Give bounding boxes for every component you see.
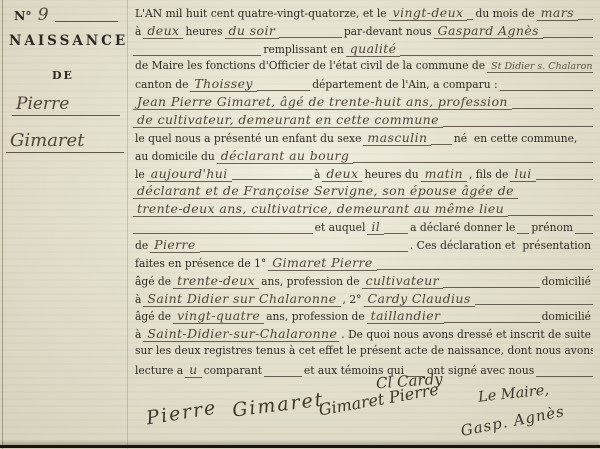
document-line: lecture aucomparantet aux témoins quiont… [133,362,593,380]
document-line: àdeuxheuresdu soirpar-devant nousGaspard… [133,23,593,41]
blank-rule [353,161,593,163]
signature: Gasp. Agnès [459,402,566,440]
signature: Gimaret [231,388,326,421]
printed-text: sur les deux registres tenus à cet effet… [133,344,593,357]
handwritten-text: Gimaret Pierre [268,255,376,271]
document-line: au domicile dudéclarant au bourg [133,148,593,166]
blank-rule [512,107,593,109]
signature: Le Maire, [477,382,549,405]
blank-rule [200,250,408,252]
printed-text: comparant [202,364,264,377]
printed-text: de Maire les fonctions d'Officier de l'é… [133,59,487,72]
blank-rule [575,232,593,234]
blank-rule [536,178,593,180]
record-number-label: N° [14,8,32,23]
printed-text: , fils de [467,168,510,181]
printed-text: domicilié [540,310,593,323]
document-line: faites en présence de 1°Gimaret Pierre [133,255,593,273]
blank-rule [232,178,312,180]
handwritten-text: trente-deux [173,273,259,289]
handwritten-text: taillandier [367,308,445,324]
document-line: leaujourd'huiàdeuxheures dumatin, fils d… [133,166,593,184]
printed-text: au domicile du [133,150,217,163]
printed-text: . Ces déclaration et présentation [408,239,593,252]
blank-rule [578,18,593,20]
document-line: âgé detrente-deuxans, profession deculti… [133,273,593,291]
handwritten-text: trente-deux ans, cultivatrice, demeurant… [133,201,508,217]
printed-text: département de l'Ain, a comparu : [310,78,499,91]
document-line: âgé devingt-quatreans, profession detail… [133,308,593,326]
printed-text: a déclaré donner le [408,221,517,234]
document-line: canton deThoisseydépartement de l'Ain, a… [133,76,593,94]
printed-text: et aux témoins qui [302,364,406,377]
printed-text: de [133,239,150,252]
handwritten-text: Saint Didier sur Chalaronne [143,291,340,307]
handwritten-text: cultivateur [362,273,443,289]
handwritten-text: matin [421,166,467,182]
child-last-name: Gimaret [6,130,124,153]
birth-record-page: N° 9 NAISSANCE DE Pierre Gimaret L'AN mi… [0,0,600,449]
handwritten-text: déclarant au bourg [217,148,354,164]
printed-text: remplissant en [261,43,345,56]
printed-text: à [133,25,143,38]
printed-text: ans, profession de [264,310,366,323]
blank-rule [536,375,593,377]
printed-text: canton de [133,78,190,91]
blank-rule [475,303,593,305]
blank-rule [377,268,593,270]
document-line: Jean Pierre Gimaret, âgé de trente-huit … [133,94,593,112]
document-line: et auquelila déclaré donner leprénom [133,219,593,237]
blank-rule [406,375,425,377]
printed-text: à [312,168,322,181]
document-line: de cultivateur, demeurant en cette commu… [133,112,593,130]
blank-rule [444,321,539,323]
child-first-name: Pierre [12,94,120,116]
blank-rule [543,36,593,38]
printed-text: à [133,293,143,306]
printed-text: L'AN mil huit cent quatre-vingt-quatorze… [133,7,389,20]
handwritten-text: du soir [225,23,280,39]
record-number-row: N° 9 [14,5,118,25]
document-line: àSaint Didier sur Chalaronne, 2°Cardy Cl… [133,291,593,309]
blank-rule [264,375,302,377]
handwritten-text: vingt-quatre [173,308,264,324]
signature: Gimaret Pierre [317,380,440,420]
blank-rule [279,36,342,38]
handwritten-text: Gaspard Agnès [434,23,543,39]
handwritten-text: aujourd'hui [147,166,232,182]
document-line: déclarant et de Françoise Servigne, son … [133,183,593,201]
printed-text: ont signé avec nous [425,364,536,377]
handwritten-text: deux [322,166,362,182]
document-line: sur les deux registres tenus à cet effet… [133,344,593,362]
blank-rule [133,54,261,56]
handwritten-text: déclarant et de Françoise Servigne, son … [133,183,518,199]
blank-rule [443,286,540,288]
printed-text: et auquel [313,221,368,234]
handwritten-text: Thoissey [190,76,256,92]
printed-text: domicilié [540,275,593,288]
margin-divider-line [127,0,128,449]
handwritten-text: u [185,362,201,378]
printed-text: âgé de [133,275,173,288]
blank-rule [55,20,118,22]
handwritten-text: vingt-deux [389,5,468,21]
blank-rule [431,143,451,145]
document-line: L'AN mil huit cent quatre-vingt-quatorze… [133,5,593,23]
document-line: dePierre. Ces déclaration et présentatio… [133,237,593,255]
printed-text: prénom [529,221,575,234]
printed-text: né en cette commune, [452,132,579,145]
handwritten-text: qualité [346,41,401,57]
handwritten-text: Saint-Didier-sur-Chalaronne [143,326,339,342]
blank-rule [257,89,310,91]
printed-text: , 2° [341,293,364,306]
blank-rule [500,89,593,91]
handwritten-text: Cardy Claudius [364,291,475,307]
printed-text: heures du [362,168,420,181]
document-line: remplissant enqualité [133,41,593,59]
blank-rule [517,232,529,234]
document-line: de Maire les fonctions d'Officier de l'é… [133,59,593,77]
act-body-text: L'AN mil huit cent quatre-vingt-quatorze… [133,5,593,380]
handwritten-text: mars [537,5,578,21]
printed-text: lecture a [133,364,185,377]
printed-text: . De quoi nous avons dressé et inscrit d… [339,328,593,341]
record-number-value: 9 [32,5,55,25]
document-line: àSaint-Didier-sur-Chalaronne. De quoi no… [133,326,593,344]
printed-text: ans, profession de [259,275,361,288]
blank-rule [443,125,593,127]
printed-text: le [133,168,147,181]
printed-text: du mois de [473,7,536,20]
handwritten-text: lui [510,166,535,182]
handwritten-text: St Didier s. Chalaronne [487,61,593,73]
blank-rule [400,54,593,56]
handwritten-text: deux [143,23,183,39]
document-line: trente-deux ans, cultivatrice, demeurant… [133,201,593,219]
page-bottom-edge-line [0,445,600,448]
handwritten-text: Pierre [150,237,200,253]
handwritten-text: il [367,219,384,235]
handwritten-text: Jean Pierre Gimaret, âgé de trente-huit … [133,94,512,110]
printed-text: le quel nous a présenté un enfant du sex… [133,132,363,145]
handwritten-text: de cultivateur, demeurant en cette commu… [133,112,443,128]
printed-text: à [133,328,143,341]
printed-text: faites en présence de 1° [133,257,268,270]
printed-text: heures [183,25,224,38]
signature: Pierre [145,397,219,430]
blank-rule [133,232,313,234]
document-line: le quel nous a présenté un enfant du sex… [133,130,593,148]
record-type-title: NAISSANCE [9,33,128,49]
page-left-edge-line [2,0,3,449]
record-of-label: DE [52,69,74,82]
blank-rule [384,232,408,234]
blank-rule [508,214,593,216]
printed-text: par-devant nous [342,25,434,38]
printed-text: âgé de [133,310,173,323]
handwritten-text: masculin [363,130,431,146]
